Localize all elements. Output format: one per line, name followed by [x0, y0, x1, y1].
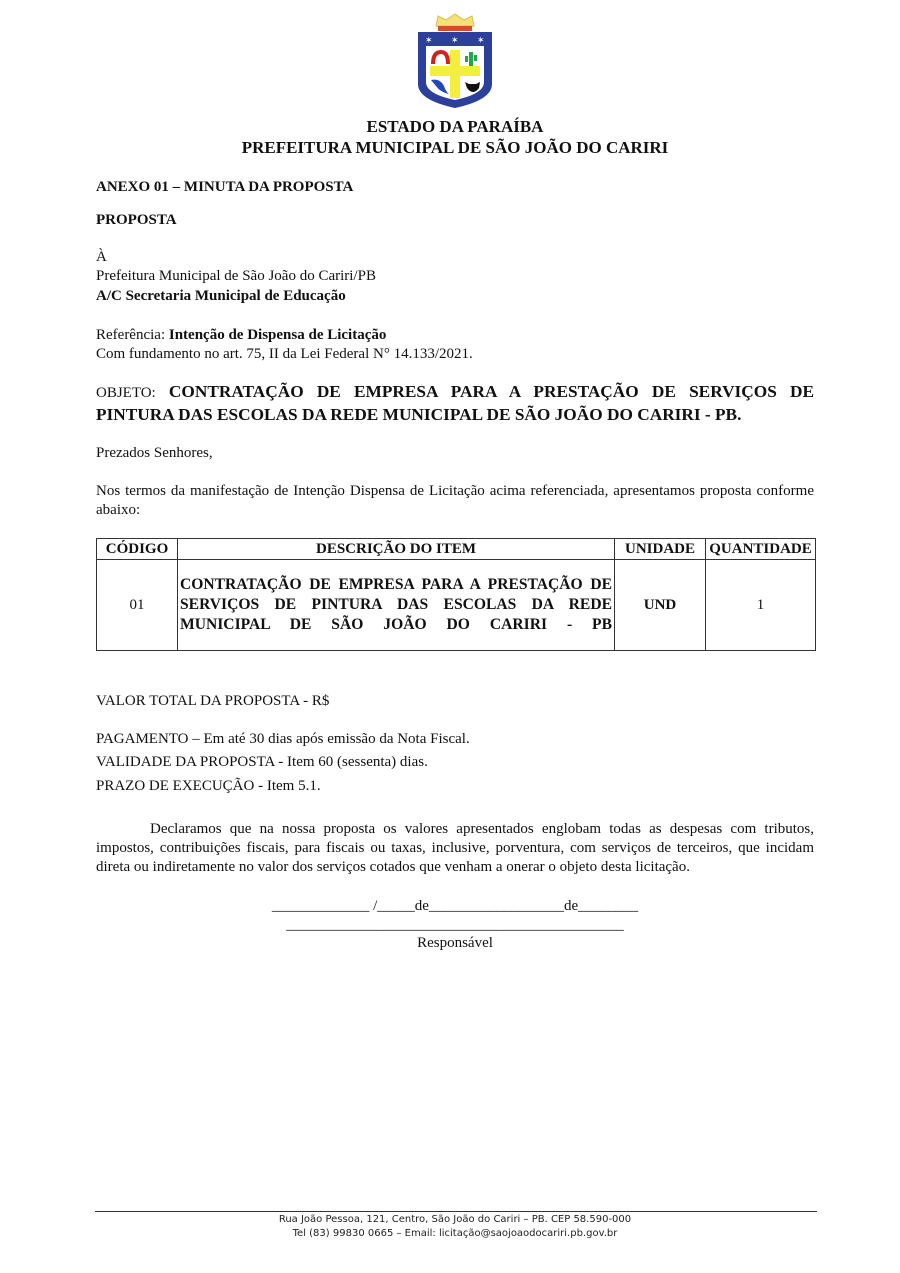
declaration-paragraph: Declaramos que na nossa proposta os valo… [96, 820, 814, 877]
annex-title: ANEXO 01 – MINUTA DA PROPOSTA [96, 178, 816, 197]
col-header-unit: UNIDADE [615, 539, 706, 560]
intro-paragraph: Nos termos da manifestação de Intenção D… [96, 482, 814, 520]
object-label: OBJETO: [96, 385, 156, 401]
cell-code: 01 [97, 560, 178, 651]
footer-contact: Tel (83) 99830 0665 – Email: licitação@s… [0, 1227, 900, 1241]
signature-label: Responsável [0, 934, 900, 953]
cell-quantity: 1 [706, 560, 816, 651]
col-header-description: DESCRIÇÃO DO ITEM [178, 539, 615, 560]
reference-value: Intenção de Dispensa de Licitação [169, 327, 387, 343]
payment-terms: PAGAMENTO – Em até 30 dias após emissão … [96, 730, 816, 749]
col-header-code: CÓDIGO [97, 539, 178, 560]
svg-text:✶: ✶ [477, 35, 485, 45]
coat-of-arms-logo: ✶ ✶ ✶ [416, 12, 494, 110]
table-header-row: CÓDIGO DESCRIÇÃO DO ITEM UNIDADE QUANTID… [97, 539, 816, 560]
total-value: VALOR TOTAL DA PROPOSTA - R$ [96, 692, 816, 711]
proposal-title: PROPOSTA [96, 211, 816, 230]
object-section: OBJETO: CONTRATAÇÃO DE EMPRESA PARA A PR… [96, 381, 814, 426]
signature-line: ________________________________________… [0, 916, 900, 935]
proposal-validity: VALIDADE DA PROPOSTA - Item 60 (sessenta… [96, 753, 816, 772]
cell-unit: UND [615, 560, 706, 651]
date-line: _____________ /_____de__________________… [0, 897, 900, 916]
header-municipality: PREFEITURA MUNICIPAL DE SÃO JOÃO DO CARI… [0, 137, 900, 158]
table-row: 01 CONTRATAÇÃO DE EMPRESA PARA A PRESTAÇ… [97, 560, 816, 651]
recipient-to: À [96, 248, 816, 267]
reference-line: Referência: Intenção de Dispensa de Lici… [96, 326, 816, 345]
col-header-quantity: QUANTIDADE [706, 539, 816, 560]
items-table: CÓDIGO DESCRIÇÃO DO ITEM UNIDADE QUANTID… [96, 538, 816, 651]
greeting: Prezados Senhores, [96, 444, 816, 463]
reference-label: Referência: [96, 327, 165, 343]
reference-basis: Com fundamento no art. 75, II da Lei Fed… [96, 345, 816, 364]
svg-text:✶: ✶ [425, 35, 433, 45]
footer-address: Rua João Pessoa, 121, Centro, São João d… [0, 1213, 900, 1227]
execution-deadline: PRAZO DE EXECUÇÃO - Item 5.1. [96, 777, 816, 796]
svg-text:✶: ✶ [451, 35, 459, 45]
cell-description: CONTRATAÇÃO DE EMPRESA PARA A PRESTAÇÃO … [178, 560, 615, 651]
object-value: CONTRATAÇÃO DE EMPRESA PARA A PRESTAÇÃO … [96, 382, 814, 424]
header-state: ESTADO DA PARAÍBA [0, 116, 900, 137]
footer-divider [95, 1211, 817, 1212]
recipient-org: Prefeitura Municipal de São João do Cari… [96, 267, 816, 286]
recipient-attention: A/C Secretaria Municipal de Educação [96, 287, 816, 306]
